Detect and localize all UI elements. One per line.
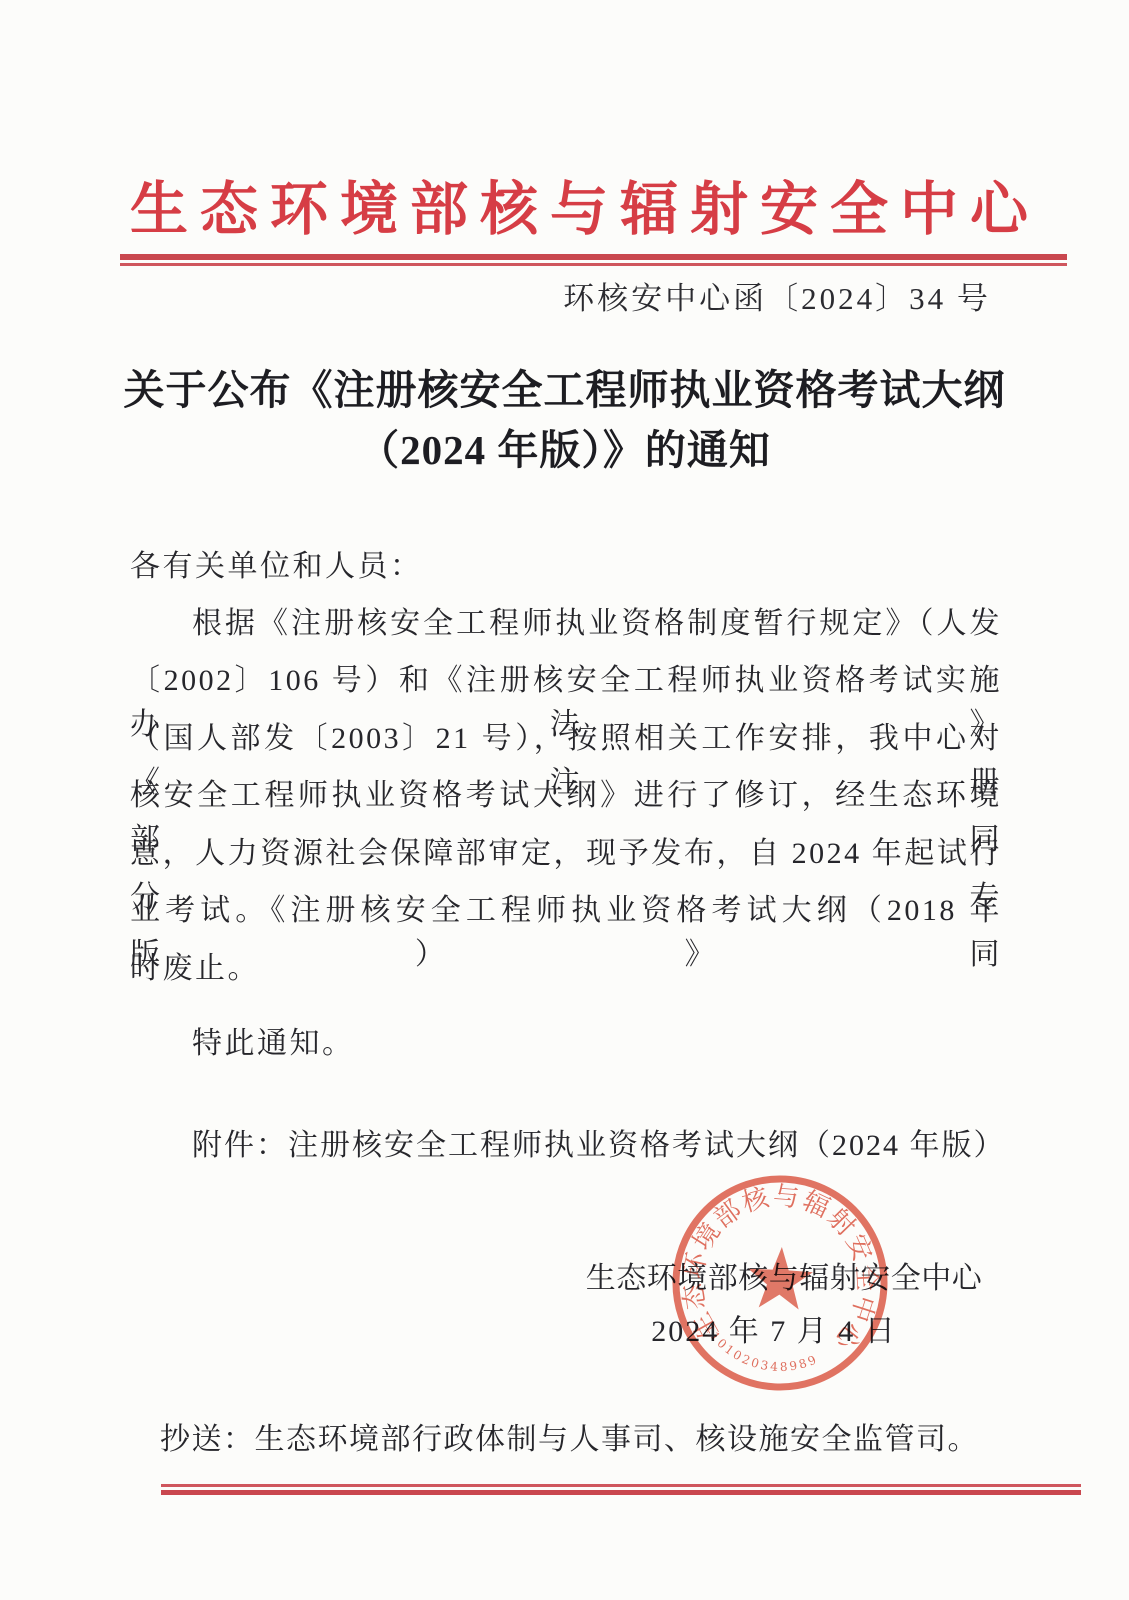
document-number: 环核安中心函〔2024〕34 号 <box>563 273 991 318</box>
closing-line: 特此通知。 <box>130 1018 1002 1062</box>
footer-rule-thin <box>161 1484 1081 1487</box>
letterhead-rule-thin <box>120 263 1067 266</box>
document-title-line1: 关于公布《注册核安全工程师执业资格考试大纲 <box>0 360 1129 420</box>
body-paragraph-line: 根据《注册核安全工程师执业资格制度暂行规定》（人发 <box>130 598 1002 642</box>
attachment-line: 附件：注册核安全工程师执业资格考试大纲（2024 年版） <box>130 1120 1002 1164</box>
letterhead-rule-thick <box>120 254 1067 260</box>
cc-line: 抄送：生态环境部行政体制与人事司、核设施安全监管司。 <box>160 1414 979 1458</box>
scanned-official-letter: { "header": { "org_title": "生态环境部核与辐射安全中… <box>0 0 1129 1600</box>
official-seal: 生态环境部核与辐射安全中心 1101020348989 <box>654 1157 906 1409</box>
letterhead-org-title: 生态环境部核与辐射安全中心 <box>130 162 1040 246</box>
body-paragraph-line: 时废止。 <box>130 943 1002 987</box>
document-title: 关于公布《注册核安全工程师执业资格考试大纲 （2024 年版）》的通知 <box>0 360 1129 480</box>
document-title-line2: （2024 年版）》的通知 <box>0 420 1129 480</box>
salutation: 各有关单位和人员： <box>130 541 1002 585</box>
seal-star-icon <box>746 1245 814 1310</box>
footer-rule-thick <box>161 1490 1081 1495</box>
